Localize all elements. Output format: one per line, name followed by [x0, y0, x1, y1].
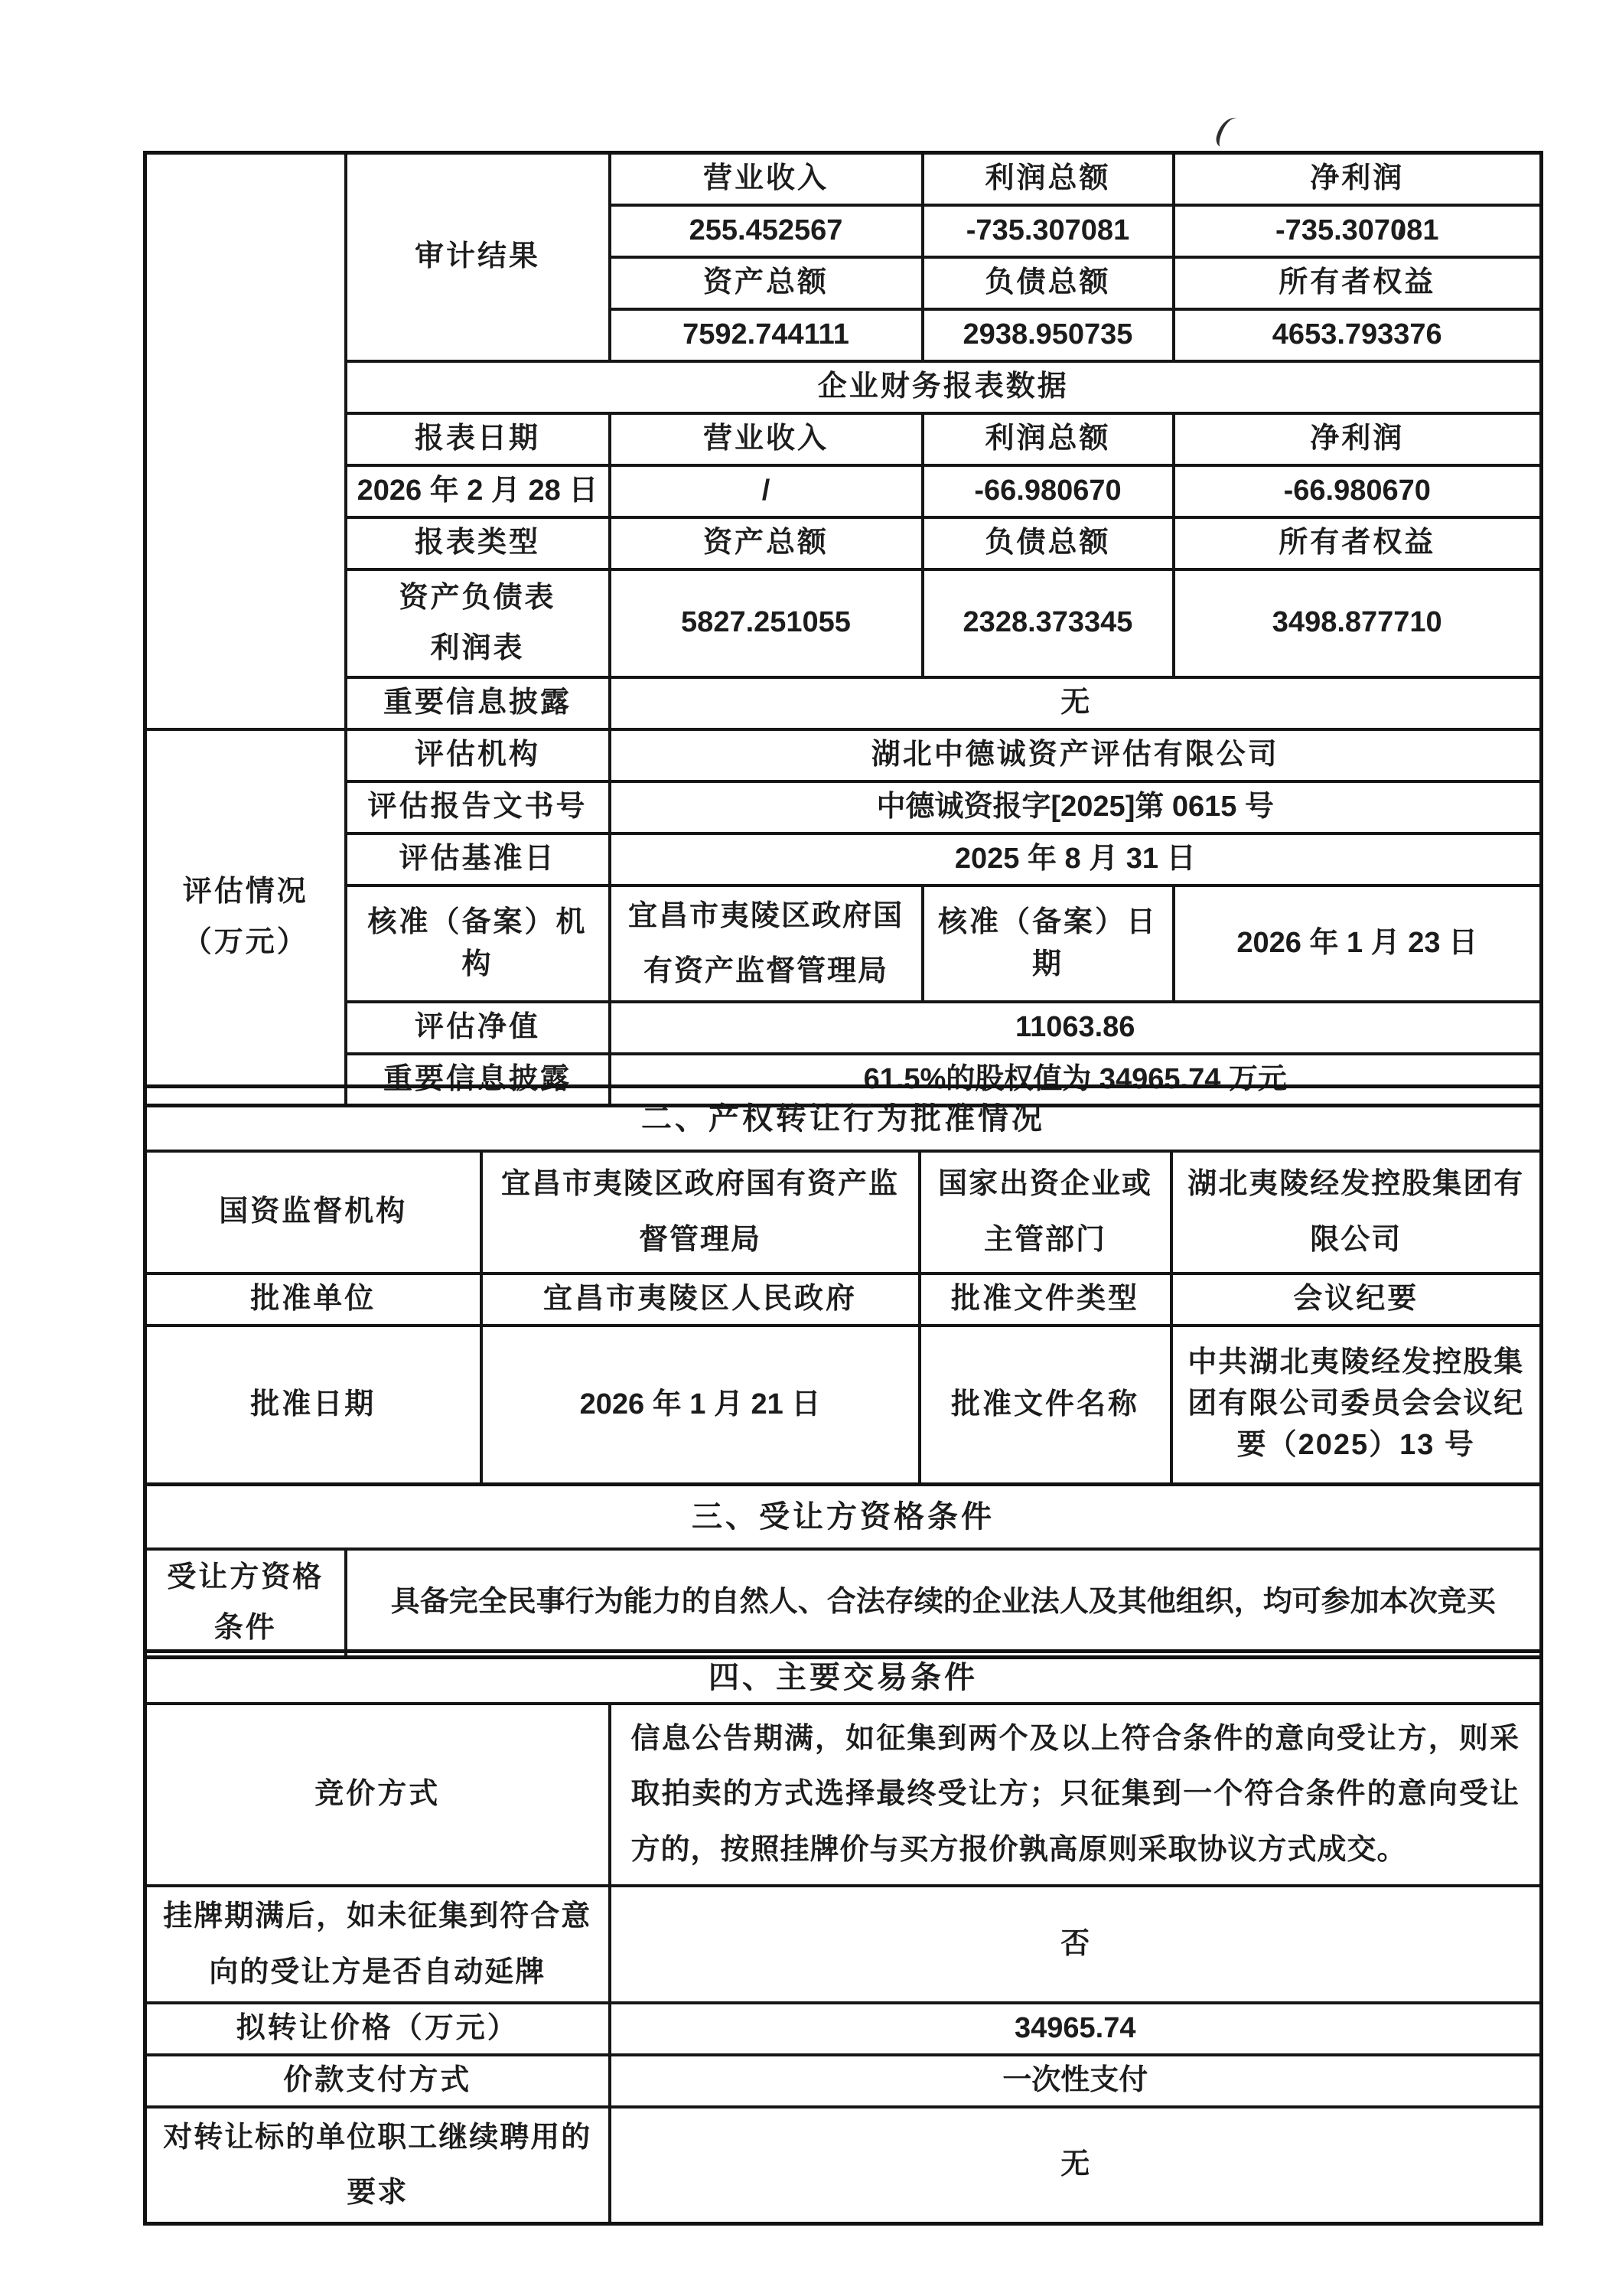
- col-header-total-liabilities: 负债总额: [923, 517, 1174, 569]
- valuation-report-no-value: 中德诚资报字[2025]第 0615 号: [610, 781, 1542, 833]
- table-row: 报表类型 资产总额 负债总额 所有者权益: [145, 517, 1542, 569]
- scanned-document-page: 审计结果 营业收入 利润总额 净利润 255.452567 -735.30708…: [0, 0, 1606, 2296]
- table-row: 评估基准日 2025 年 8 月 31 日: [145, 833, 1542, 885]
- table-row: 对转让标的单位职工继续聘用的要求 无: [145, 2107, 1542, 2224]
- supervisor-label: 国资监督机构: [145, 1151, 481, 1274]
- section3-title: 三、受让方资格条件: [145, 1485, 1542, 1549]
- transferee-qualification-table: 三、受让方资格条件 受让方资格 条件 具备完全民事行为能力的自然人、合法存续的企…: [143, 1482, 1543, 1659]
- transfer-approval-table: 二、产权转让行为批准情况 国资监督机构 宜昌市夷陵区政府国有资产监督管理局 国家…: [143, 1084, 1543, 1486]
- staff-retention-label: 对转让标的单位职工继续聘用的要求: [145, 2107, 610, 2224]
- investor-label: 国家出资企业或主管部门: [920, 1151, 1171, 1274]
- doc-type-label: 批准文件类型: [920, 1274, 1171, 1326]
- table-row: 资产负债表 利润表 5827.251055 2328.373345 3498.8…: [145, 569, 1542, 677]
- col-header-net-profit: 净利润: [1174, 413, 1542, 465]
- transaction-terms-table: 四、主要交易条件 竞价方式 信息公告期满，如征集到两个及以上符合条件的意向受让方…: [143, 1649, 1543, 2226]
- section-header-row: 四、主要交易条件: [145, 1652, 1542, 1704]
- table-row: 评估报告文书号 中德诚资报字[2025]第 0615 号: [145, 781, 1542, 833]
- col-header-total-assets: 资产总额: [610, 257, 923, 309]
- table-row: 报表日期 营业收入 利润总额 净利润: [145, 413, 1542, 465]
- col-header-owners-equity: 所有者权益: [1174, 257, 1542, 309]
- audit-result-label: 审计结果: [346, 153, 610, 361]
- table-row: 拟转让价格（万元） 34965.74: [145, 2003, 1542, 2055]
- table-row: 企业财务报表数据: [145, 361, 1542, 413]
- auto-extension-value: 否: [610, 1886, 1542, 2002]
- col-header-net-profit: 净利润: [1174, 153, 1542, 205]
- audit-owners-equity-value: 4653.793376: [1174, 309, 1542, 361]
- payment-method-value: 一次性支付: [610, 2055, 1542, 2107]
- audit-total-profit-value: -735.307081: [923, 205, 1174, 257]
- transfer-price-label: 拟转让价格（万元）: [145, 2003, 610, 2055]
- report-revenue-value: /: [610, 465, 923, 517]
- col-header-revenue: 营业收入: [610, 153, 923, 205]
- report-date-label: 报表日期: [346, 413, 610, 465]
- valuation-group-line: 评估情况: [155, 866, 337, 918]
- net-value-label: 评估净值: [346, 1002, 610, 1054]
- valuation-agency-label: 评估机构: [346, 729, 610, 781]
- qualification-label-line: 条件: [155, 1603, 337, 1654]
- doc-type-value: 会议纪要: [1171, 1274, 1542, 1326]
- section2-title: 二、产权转让行为批准情况: [145, 1087, 1542, 1151]
- bidding-method-label: 竞价方式: [145, 1704, 610, 1887]
- valuation-group-line: （万元）: [155, 917, 337, 968]
- approver-value: 宜昌市夷陵区人民政府: [481, 1274, 920, 1326]
- report-date-value: 2026 年 2 月 28 日: [346, 465, 610, 517]
- approval-date-value: 2026 年 1 月 23 日: [1174, 885, 1542, 1002]
- approval-org-label: 核准（备案）机构: [346, 885, 610, 1002]
- table-row: 评估情况 （万元） 评估机构 湖北中德诚资产评估有限公司: [145, 729, 1542, 781]
- report-type-line: 利润表: [355, 623, 601, 674]
- approver-label: 批准单位: [145, 1274, 481, 1326]
- table-row: 重要信息披露 无: [145, 677, 1542, 729]
- doc-name-label: 批准文件名称: [920, 1326, 1171, 1485]
- report-owners-equity-value: 3498.877710: [1174, 569, 1542, 677]
- scan-artifact: [1214, 114, 1244, 151]
- table-row: 评估净值 11063.86: [145, 1002, 1542, 1054]
- table-row: 价款支付方式 一次性支付: [145, 2055, 1542, 2107]
- col-header-total-profit: 利润总额: [923, 413, 1174, 465]
- payment-method-label: 价款支付方式: [145, 2055, 610, 2107]
- audit-and-valuation-table: 审计结果 营业收入 利润总额 净利润 255.452567 -735.30708…: [143, 151, 1543, 1107]
- financial-statements-subtitle: 企业财务报表数据: [346, 361, 1542, 413]
- col-header-total-liabilities: 负债总额: [923, 257, 1174, 309]
- report-type-value: 资产负债表 利润表: [346, 569, 610, 677]
- valuation-report-no-label: 评估报告文书号: [346, 781, 610, 833]
- qualification-label: 受让方资格 条件: [145, 1549, 346, 1658]
- table-row: 2026 年 2 月 28 日 / -66.980670 -66.980670: [145, 465, 1542, 517]
- net-value-value: 11063.86: [610, 1002, 1542, 1054]
- audit-total-assets-value: 7592.744111: [610, 309, 923, 361]
- table-row: 核准（备案）机构 宜昌市夷陵区政府国有资产监督管理局 核准（备案）日期 2026…: [145, 885, 1542, 1002]
- report-total-assets-value: 5827.251055: [610, 569, 923, 677]
- col-header-total-profit: 利润总额: [923, 153, 1174, 205]
- audit-net-profit-value: -735.307081: [1174, 205, 1542, 257]
- table-row: 竞价方式 信息公告期满，如征集到两个及以上符合条件的意向受让方，则采取拍卖的方式…: [145, 1704, 1542, 1887]
- col-header-total-assets: 资产总额: [610, 517, 923, 569]
- qualification-value: 具备完全民事行为能力的自然人、合法存续的企业法人及其他组织，均可参加本次竞买: [346, 1549, 1542, 1658]
- report-type-label: 报表类型: [346, 517, 610, 569]
- table-row: 受让方资格 条件 具备完全民事行为能力的自然人、合法存续的企业法人及其他组织，均…: [145, 1549, 1542, 1658]
- audit-revenue-value: 255.452567: [610, 205, 923, 257]
- table-row: 挂牌期满后，如未征集到符合意向的受让方是否自动延牌 否: [145, 1886, 1542, 2002]
- report-total-profit-value: -66.980670: [923, 465, 1174, 517]
- empty-category-cell: [145, 153, 346, 729]
- report-type-line: 资产负债表: [355, 572, 601, 624]
- qualification-label-line: 受让方资格: [155, 1552, 337, 1603]
- valuation-agency-value: 湖北中德诚资产评估有限公司: [610, 729, 1542, 781]
- supervisor-value: 宜昌市夷陵区政府国有资产监督管理局: [481, 1151, 920, 1274]
- valuation-group-label: 评估情况 （万元）: [145, 729, 346, 1106]
- report-total-liabilities-value: 2328.373345: [923, 569, 1174, 677]
- valuation-base-date-label: 评估基准日: [346, 833, 610, 885]
- section-header-row: 二、产权转让行为批准情况: [145, 1087, 1542, 1151]
- disclosure-value: 无: [610, 677, 1542, 729]
- staff-retention-value: 无: [610, 2107, 1542, 2224]
- section-header-row: 三、受让方资格条件: [145, 1485, 1542, 1549]
- approval-org-value: 宜昌市夷陵区政府国有资产监督管理局: [610, 885, 923, 1002]
- transfer-price-value: 34965.74: [610, 2003, 1542, 2055]
- col-header-revenue: 营业收入: [610, 413, 923, 465]
- approve-date-value: 2026 年 1 月 21 日: [481, 1326, 920, 1485]
- audit-total-liabilities-value: 2938.950735: [923, 309, 1174, 361]
- approval-date-label: 核准（备案）日期: [923, 885, 1174, 1002]
- disclosure-label: 重要信息披露: [346, 677, 610, 729]
- table-row: 国资监督机构 宜昌市夷陵区政府国有资产监督管理局 国家出资企业或主管部门 湖北夷…: [145, 1151, 1542, 1274]
- section4-title: 四、主要交易条件: [145, 1652, 1542, 1704]
- table-row: 审计结果 营业收入 利润总额 净利润: [145, 153, 1542, 205]
- investor-value: 湖北夷陵经发控股集团有限公司: [1171, 1151, 1542, 1274]
- bidding-method-value: 信息公告期满，如征集到两个及以上符合条件的意向受让方，则采取拍卖的方式选择最终受…: [610, 1704, 1542, 1887]
- table-row: 批准单位 宜昌市夷陵区人民政府 批准文件类型 会议纪要: [145, 1274, 1542, 1326]
- report-net-profit-value: -66.980670: [1174, 465, 1542, 517]
- col-header-owners-equity: 所有者权益: [1174, 517, 1542, 569]
- valuation-base-date-value: 2025 年 8 月 31 日: [610, 833, 1542, 885]
- auto-extension-label: 挂牌期满后，如未征集到符合意向的受让方是否自动延牌: [145, 1886, 610, 2002]
- doc-name-value: 中共湖北夷陵经发控股集团有限公司委员会会议纪要（2025）13 号: [1171, 1326, 1542, 1485]
- approve-date-label: 批准日期: [145, 1326, 481, 1485]
- table-row: 批准日期 2026 年 1 月 21 日 批准文件名称 中共湖北夷陵经发控股集团…: [145, 1326, 1542, 1485]
